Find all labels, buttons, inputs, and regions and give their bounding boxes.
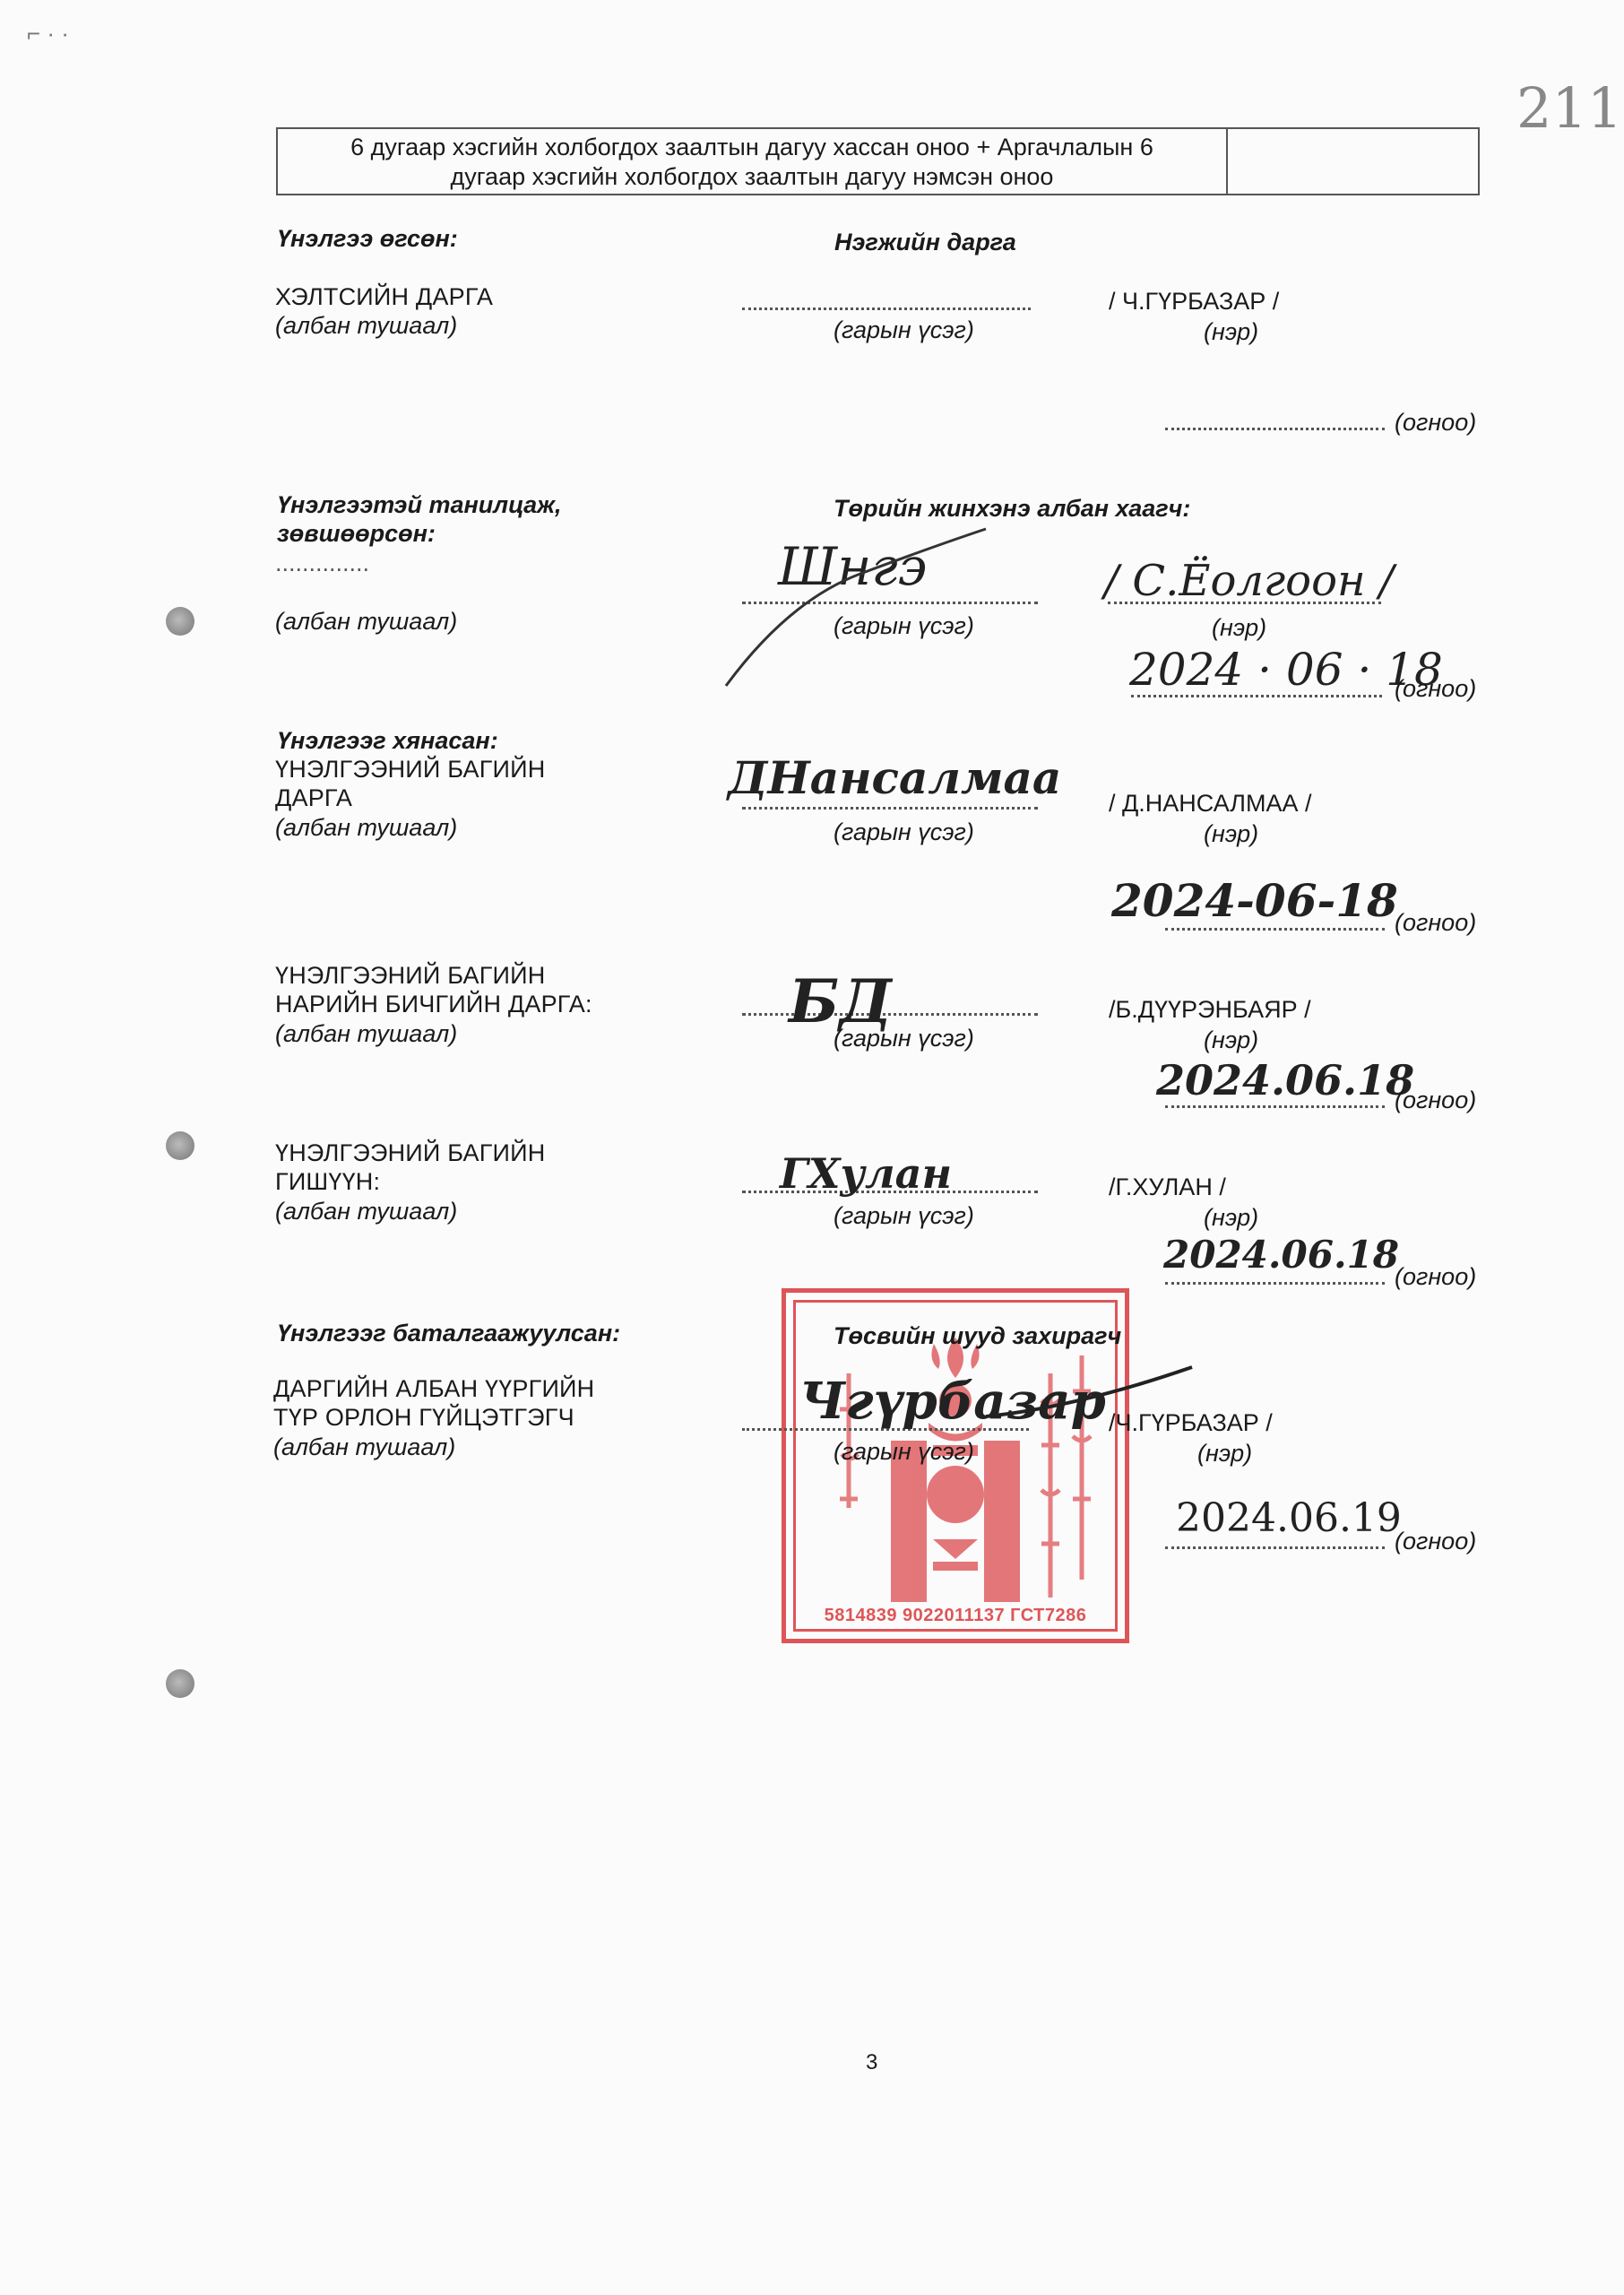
position-title-line-2: НАРИЙН БИЧГИЙН ДАРГА: [275,990,592,1019]
acknowledged-label-line-1: Үнэлгээтэй танилцаж, [277,490,562,520]
acknowledged-label-line-2: зөвшөөрсөн: [277,519,436,549]
name-caption: (нэр) [1204,819,1258,849]
signer-name-handwritten: / С.Ёолгоон / [1104,556,1394,606]
signer-name: / Д.НАНСАЛМАА / [1109,789,1312,818]
signer-name: /Г.ХУЛАН / [1109,1173,1226,1202]
position-title: ХЭЛТСИЙН ДАРГА [275,282,493,312]
date-line [1165,1546,1385,1549]
date-handwritten: 2024.06.18 [1156,1056,1414,1104]
punch-hole [166,607,194,636]
date-caption: (огноо) [1395,1527,1476,1556]
date-caption: (огноо) [1395,1262,1476,1292]
date-handwritten: 2024.06.19 [1176,1495,1402,1541]
date-caption: (огноо) [1395,408,1476,437]
date-handwritten: 2024-06-18 [1111,874,1398,927]
name-caption: (нэр) [1212,613,1266,643]
punch-hole [166,1131,194,1160]
position-caption: (албан тушаал) [275,311,457,341]
position-caption: (албан тушаал) [273,1433,455,1462]
name-caption: (нэр) [1204,1026,1258,1055]
date-caption: (огноо) [1395,1086,1476,1115]
position-caption: (албан тушаал) [275,1197,457,1226]
date-handwritten: 2024.06.18 [1163,1233,1399,1277]
position-caption: (албан тушаал) [275,813,457,843]
signature-caption: (гарын үсэг) [834,611,974,641]
signature-line [742,307,1031,310]
signature-stroke [717,520,1004,690]
score-description-line-2: дугаар хэсгийн холбогдох заалтын дагуу н… [278,162,1226,192]
name-caption: (нэр) [1204,317,1258,347]
position-title-line-1: ҮНЭЛГЭЭНИЙ БАГИЙН [275,961,545,991]
date-caption: (огноо) [1395,674,1476,704]
position-caption: (албан тушаал) [275,607,457,637]
score-description-cell: 6 дугаар хэсгийн холбогдох заалтын дагуу… [278,129,1228,194]
signature: ГХулан [780,1149,952,1198]
score-value-cell [1228,129,1478,194]
signature-caption: (гарын үсэг) [834,818,974,847]
reviewed-by-label: Үнэлгээг хянасан: [277,726,498,756]
date-line [1165,428,1385,430]
score-description-line-1: 6 дугаар хэсгийн холбогдох заалтын дагуу… [278,133,1226,162]
position-placeholder: .............. [275,549,369,578]
signature-caption: (гарын үсэг) [834,1437,974,1467]
scan-corner-marks: ⌐ · · [27,20,69,48]
signer-name: /Б.ДҮҮРЭНБАЯР / [1109,995,1311,1025]
position-title-line-1: ҮНЭЛГЭЭНИЙ БАГИЙН [275,755,545,784]
score-table: 6 дугаар хэсгийн холбогдох заалтын дагуу… [276,127,1480,195]
position-title-line-1: ДАРГИЙН АЛБАН ҮҮРГИЙН [273,1374,594,1404]
signature: ДНансалмаа [728,751,1061,804]
date-line [1165,1105,1385,1108]
name-caption: (нэр) [1197,1439,1252,1468]
date-caption: (огноо) [1395,908,1476,938]
signature-line [742,807,1038,810]
archive-page-number: 211 [1516,75,1622,141]
page-number: 3 [866,2048,877,2077]
budget-manager-heading: Төсвийн шууд захирагч [834,1321,1121,1351]
date-line [1165,928,1385,931]
signer-name: /Ч.ГҮРБАЗАР / [1109,1408,1273,1438]
position-title-line-2: ГИШҮҮН: [275,1167,380,1197]
unit-head-heading: Нэгжийн дарга [834,228,1016,257]
evaluated-by-label: Үнэлгээ өгсөн: [277,224,458,254]
signer-name: / Ч.ГҮРБАЗАР / [1109,287,1279,316]
position-caption: (албан тушаал) [275,1019,457,1049]
position-title-line-2: ДАРГА [275,784,352,813]
position-title-line-2: ТҮР ОРЛОН ГҮЙЦЭТГЭГЧ [273,1403,574,1433]
signature-caption: (гарын үсэг) [834,1024,974,1053]
name-caption: (нэр) [1204,1203,1258,1233]
stamp-registration-code: 5814839 9022011137 ГСТ7286 [786,1606,1125,1626]
punch-hole [166,1669,194,1698]
position-title-line-1: ҮНЭЛГЭЭНИЙ БАГИЙН [275,1139,545,1168]
date-line [1165,1282,1385,1285]
signature-caption: (гарын үсэг) [834,316,974,345]
approved-by-label: Үнэлгээг баталгаажуулсан: [277,1319,620,1348]
signature-caption: (гарын үсэг) [834,1201,974,1231]
